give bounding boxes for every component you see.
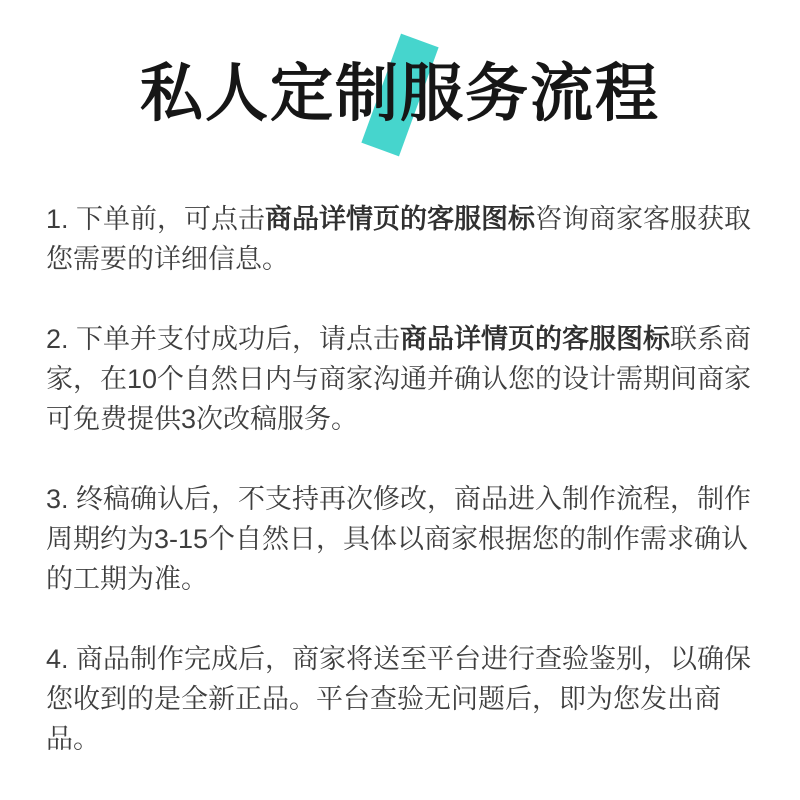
service-step-paragraph: 2. 下单并支付成功后，请点击商品详情页的客服图标联系商家，在10个自然日内与商… bbox=[46, 319, 754, 439]
service-step-paragraph: 1. 下单前，可点击商品详情页的客服图标咨询商家客服获取您需要的详细信息。 bbox=[46, 199, 754, 279]
text-segment: 3. 终稿确认后，不支持再次修改，商品进入制作流程，制作周期约为3-15个自然日… bbox=[46, 484, 751, 594]
service-step-paragraph: 3. 终稿确认后，不支持再次修改，商品进入制作流程，制作周期约为3-15个自然日… bbox=[46, 479, 754, 599]
page-title-text: 私人定制服务流程 bbox=[140, 59, 660, 129]
paragraph-list: 1. 下单前，可点击商品详情页的客服图标咨询商家客服获取您需要的详细信息。2. … bbox=[46, 199, 754, 759]
bold-text-segment: 商品详情页的客服图标 bbox=[400, 324, 670, 354]
text-segment: 4. 商品制作完成后，商家将送至平台进行查验鉴别，以确保您收到的是全新正品。平台… bbox=[46, 644, 751, 754]
service-flow-card: 私人定制服务流程 1. 下单前，可点击商品详情页的客服图标咨询商家客服获取您需要… bbox=[0, 0, 800, 800]
page-title: 私人定制服务流程 bbox=[0, 57, 800, 131]
text-segment: 1. 下单前，可点击 bbox=[46, 204, 265, 234]
service-step-paragraph: 4. 商品制作完成后，商家将送至平台进行查验鉴别，以确保您收到的是全新正品。平台… bbox=[46, 639, 754, 759]
bold-text-segment: 商品详情页的客服图标 bbox=[265, 204, 535, 234]
text-segment: 2. 下单并支付成功后，请点击 bbox=[46, 324, 400, 354]
